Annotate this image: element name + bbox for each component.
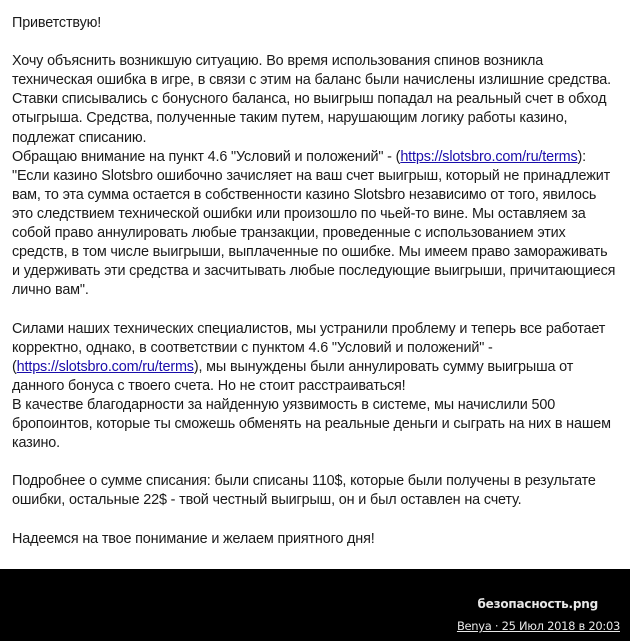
image-filename: безопасность.png — [477, 597, 598, 611]
terms-link-2[interactable]: https://slotsbro.com/ru/terms — [17, 359, 194, 375]
terms-link[interactable]: https://slotsbro.com/ru/terms — [400, 149, 577, 165]
paragraph-compensation: В качестве благодарности за найденную уя… — [12, 396, 618, 453]
paragraph-terms-reference: Обращаю внимание на пункт 4.6 "Условий и… — [12, 148, 618, 167]
terms-quote: "Если казино Slotsbro ошибочно зачисляет… — [12, 167, 618, 301]
terms-prefix: Обращаю внимание на пункт 4.6 "Условий и… — [12, 149, 400, 165]
spacer — [12, 453, 618, 472]
terms-suffix: ): — [578, 149, 587, 165]
paragraph-wishes: Надеемся на твое понимание и желаем прия… — [12, 530, 618, 549]
spacer — [12, 33, 618, 52]
paragraph-explanation: Хочу объяснить возникшую ситуацию. Во вр… — [12, 52, 618, 147]
spacer — [12, 300, 618, 319]
paragraph-resolution: Силами наших технических специалистов, м… — [12, 320, 618, 396]
email-message: Приветствую! Хочу объяснить возникшую си… — [12, 14, 618, 606]
paragraph-details: Подробнее о сумме списания: были списаны… — [12, 472, 618, 510]
image-caption-bar: безопасность.png Benya · 25 Июл 2018 в 2… — [0, 569, 630, 641]
spacer — [12, 549, 618, 568]
author-date-link[interactable]: Benya · 25 Июл 2018 в 20:03 — [457, 619, 620, 633]
spacer — [12, 510, 618, 529]
greeting: Приветствую! — [12, 14, 618, 33]
